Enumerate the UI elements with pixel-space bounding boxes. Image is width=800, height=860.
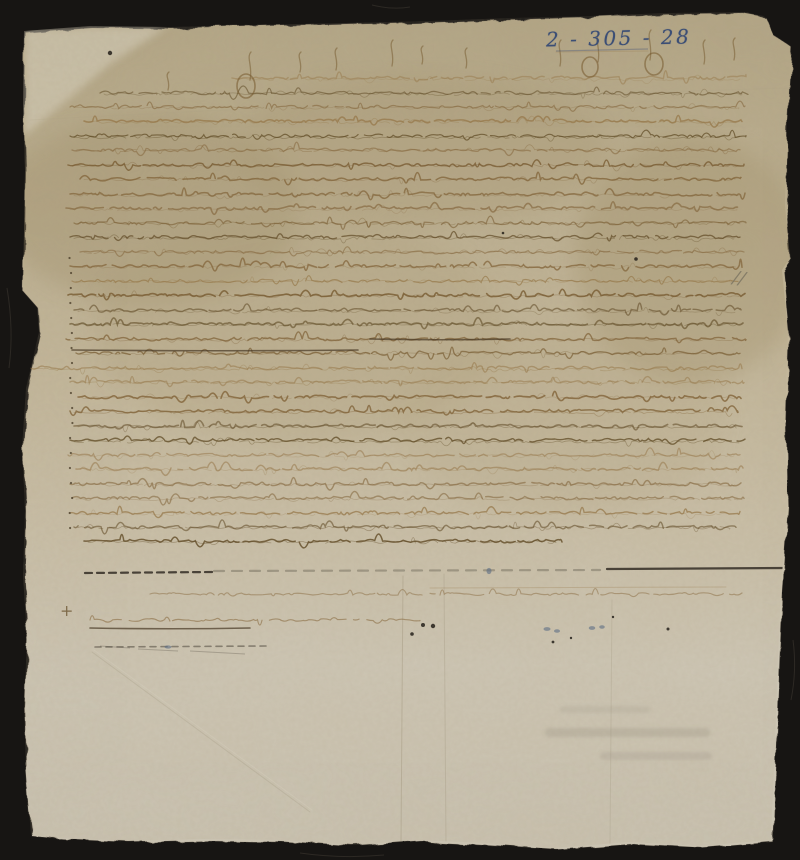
manuscript-photograph: 2 - 305 - 28 + // — [0, 0, 800, 860]
manuscript-scene — [0, 0, 800, 860]
archive-reference-label: 2 - 305 - 28 — [546, 24, 692, 51]
marginal-cross-mark: + — [60, 601, 73, 620]
parchment-texture — [0, 0, 800, 860]
